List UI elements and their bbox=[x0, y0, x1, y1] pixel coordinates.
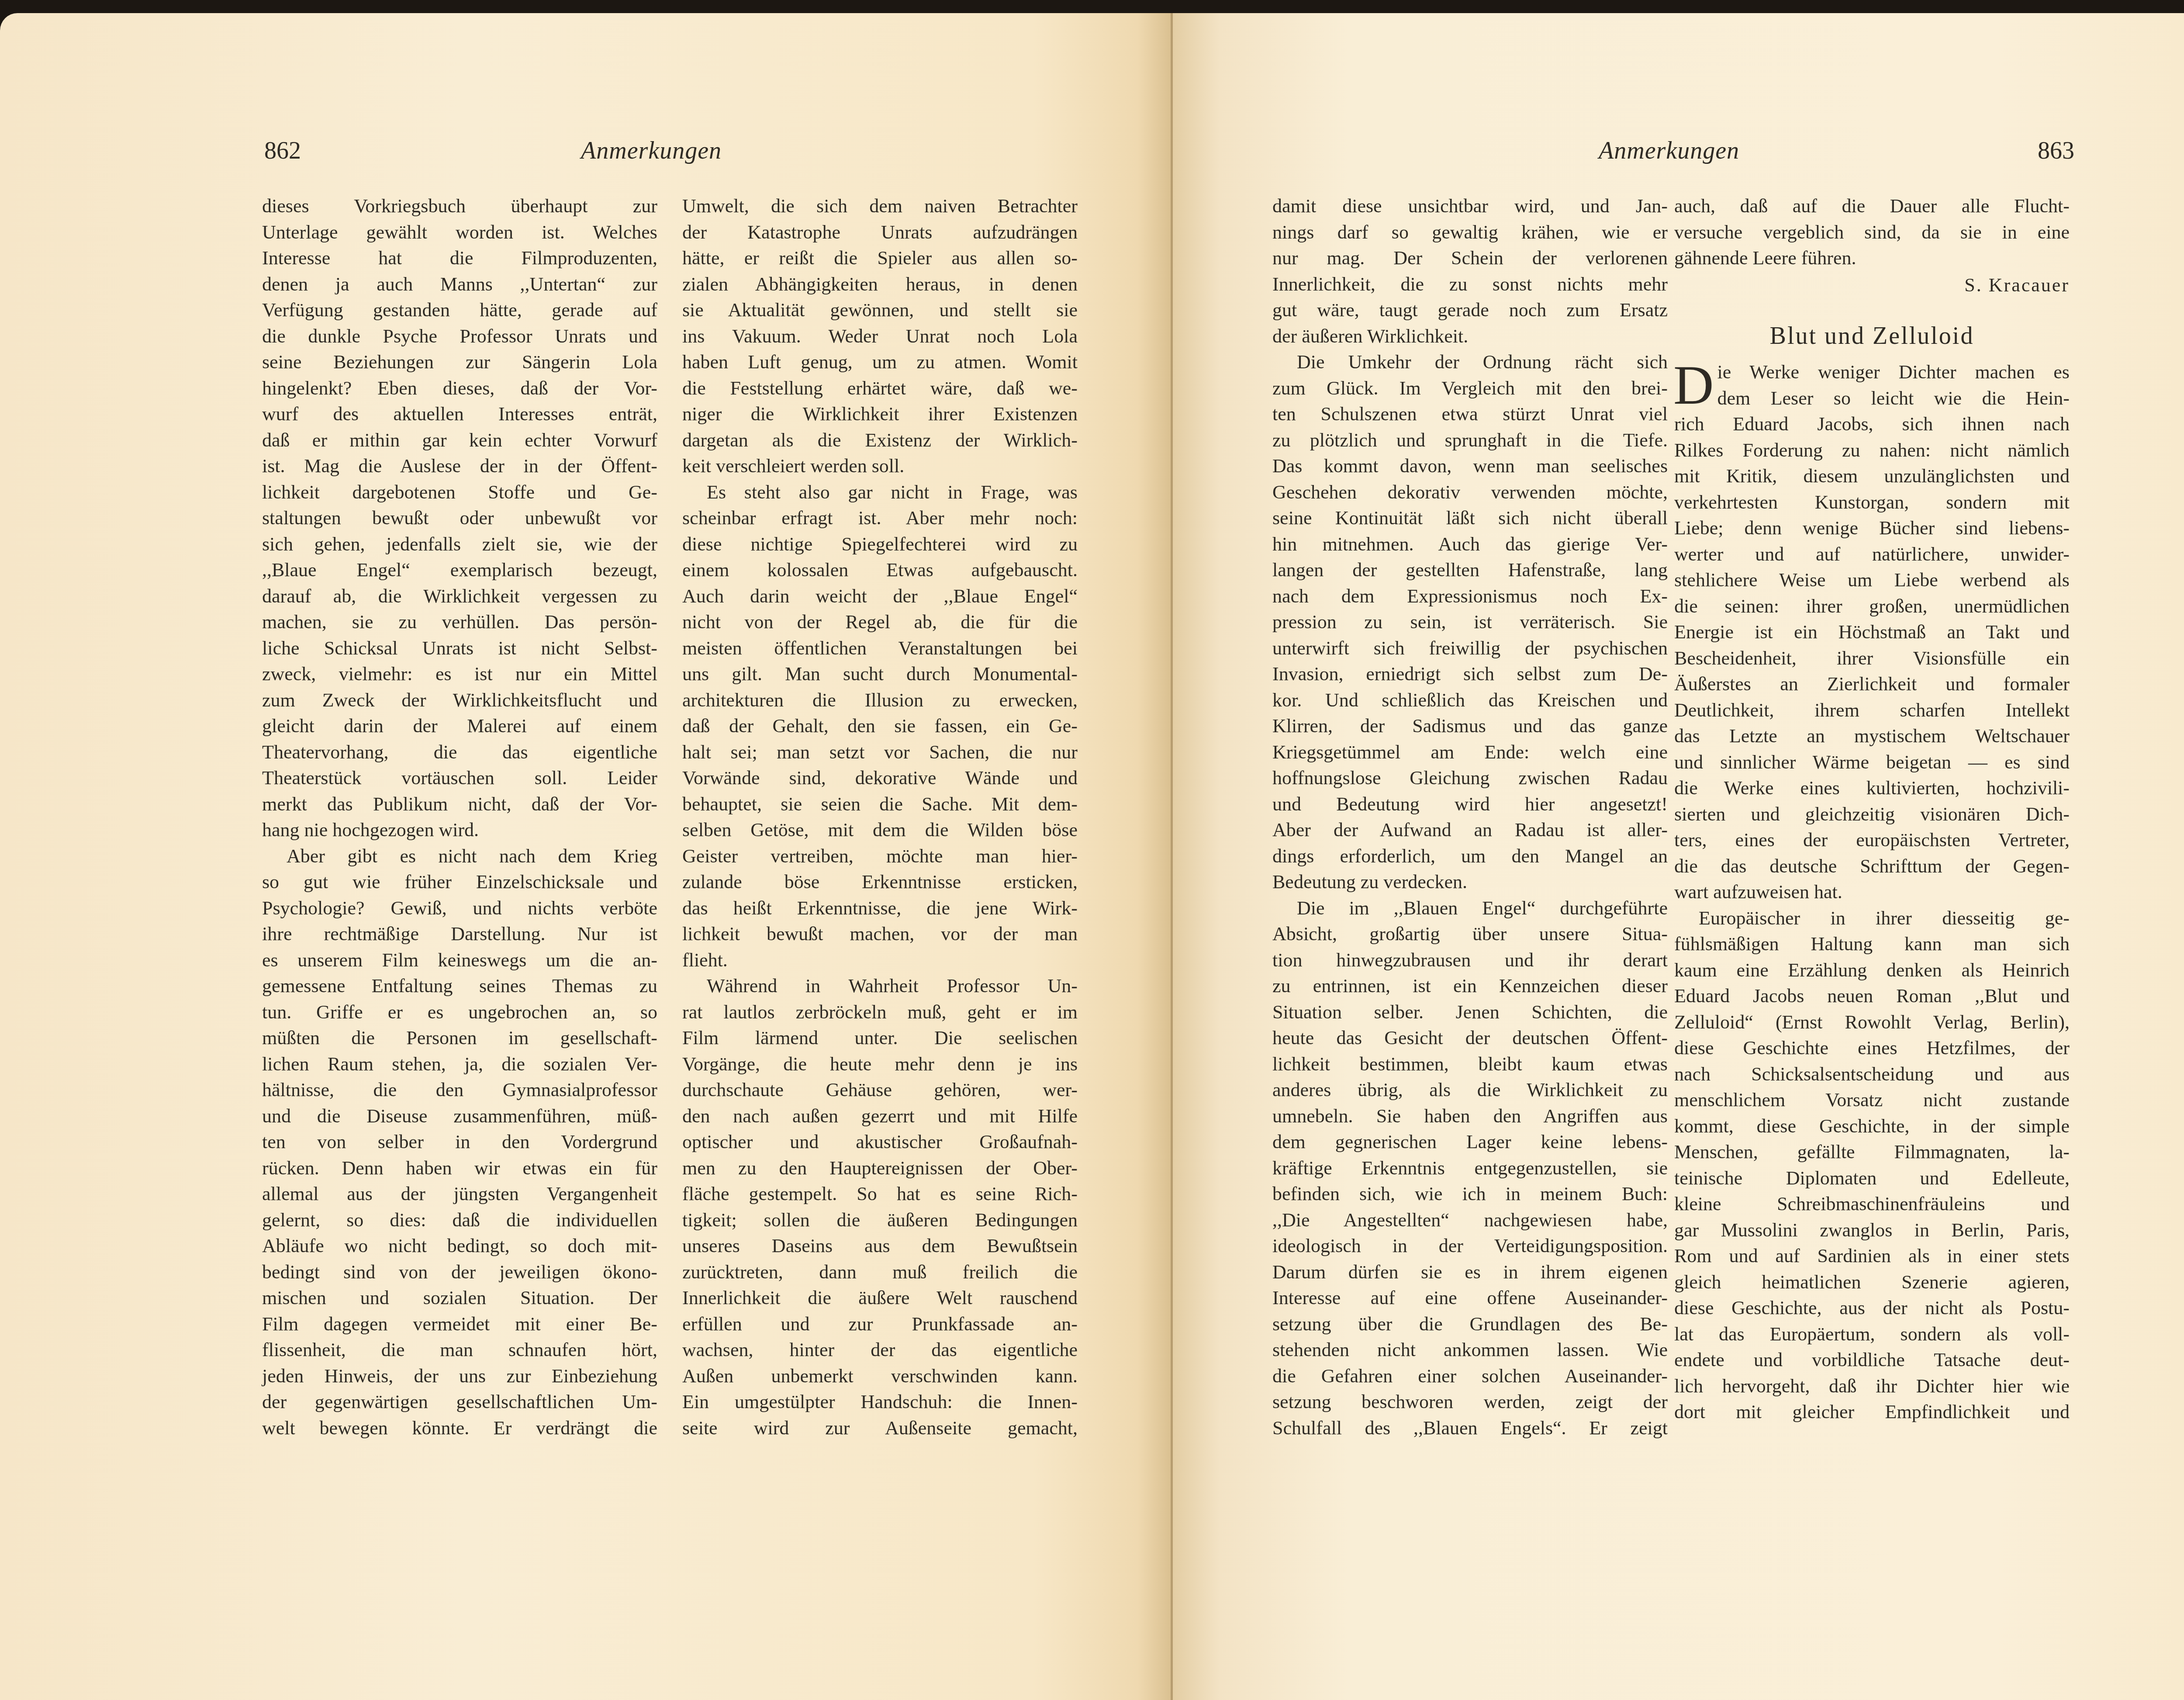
text-line: seine Beziehungen zur Sängerin Lola bbox=[262, 349, 657, 375]
text-line: welt bewegen könnte. Er verdrängt die bbox=[262, 1415, 657, 1441]
text-line: müßten die Personen im gesellschaft- bbox=[262, 1025, 657, 1051]
text-line: staltungen bewußt oder unbewußt vor bbox=[262, 505, 657, 531]
text-line: zu entrinnen, ist ein Kennzeichen dieser bbox=[1272, 973, 1668, 999]
text-line: dem gegnerischen Lager keine lebens- bbox=[1272, 1129, 1668, 1155]
text-line: und sinnlicher Wärme beigetan — es sind bbox=[1674, 749, 2070, 776]
text-line: und Bedeutung wird hier angesetzt! bbox=[1272, 791, 1668, 817]
text-line: seite wird zur Außenseite gemacht, bbox=[682, 1415, 1078, 1441]
text-line: und die Diseuse zusammenführen, müß- bbox=[262, 1103, 657, 1129]
text-line: tun. Griffe er es ungebrochen an, so bbox=[262, 999, 657, 1025]
text-line: dings erforderlich, um den Mangel an bbox=[1272, 843, 1668, 869]
text-line: diese Geschichte eines Hetzfilmes, der bbox=[1674, 1035, 2070, 1061]
text-line: Film dagegen vermeidet mit einer Be- bbox=[262, 1311, 657, 1337]
text-line: gähnende Leere führen. bbox=[1674, 245, 2070, 271]
text-line: durchschaute Gehäuse gehören, wer- bbox=[682, 1077, 1078, 1103]
text-line: kor. Und schließlich das Kreischen und bbox=[1272, 687, 1668, 713]
text-line: setzung beschworen werden, zeigt der bbox=[1272, 1389, 1668, 1415]
text-line: optischer und akustischer Großaufnah- bbox=[682, 1129, 1078, 1155]
text-line: Liebe; denn wenige Bücher sind liebens- bbox=[1674, 515, 2070, 541]
text-line: hältnisse, die den Gymnasialprofessor bbox=[262, 1077, 657, 1103]
text-line: wurf des aktuellen Interesses enträt, bbox=[262, 401, 657, 427]
text-line: zu plötzlich und sprunghaft in die Tiefe… bbox=[1272, 427, 1668, 454]
text-line: sierten und gleichzeitig visionären Dich… bbox=[1674, 801, 2070, 827]
text-line: die seinen: ihrer großen, unermüdlichen bbox=[1674, 593, 2070, 620]
text-line: niger die Wirklichkeit ihrer Existenzen bbox=[682, 401, 1078, 427]
text-line: lichkeit dargebotenen Stoffe und Ge- bbox=[262, 479, 657, 505]
text-line: architekturen die Illusion zu erwecken, bbox=[682, 687, 1078, 713]
text-column-2: auch, daß auf die Dauer alle Flucht-vers… bbox=[1674, 193, 2070, 1425]
text-line: die das deutsche Schrifttum der Gegen- bbox=[1674, 853, 2070, 879]
text-line: Vorgänge, die heute mehr denn je ins bbox=[682, 1051, 1078, 1077]
text-line: Die Umkehr der Ordnung rächt sich bbox=[1272, 349, 1668, 375]
text-line: den nach außen gezerrt und mit Hilfe bbox=[682, 1103, 1078, 1129]
text-line: Psychologie? Gewiß, und nichts verböte bbox=[262, 895, 657, 921]
text-line: nach Schicksalsentscheidung und aus bbox=[1674, 1061, 2070, 1087]
text-line: Rom und auf Sardinien als in einer stets bbox=[1674, 1243, 2070, 1269]
article-ending: auch, daß auf die Dauer alle Flucht-vers… bbox=[1674, 193, 2070, 271]
text-line: nicht von der Regel ab, die für die bbox=[682, 609, 1078, 635]
text-line: Darum dürfen sie es in ihrem eigenen bbox=[1272, 1259, 1668, 1285]
drop-cap: D bbox=[1673, 362, 1714, 408]
page-number: 862 bbox=[264, 135, 301, 166]
text-line: gleich heimatlichen Szenerie agieren, bbox=[1674, 1269, 2070, 1295]
text-line: unseres Daseins aus dem Bewußtsein bbox=[682, 1233, 1078, 1259]
text-line: setzung über die Grundlagen des Be- bbox=[1272, 1311, 1668, 1337]
text-line: Energie ist ein Höchstmaß an Takt und bbox=[1674, 619, 2070, 645]
text-line: hang nie hochgezogen wird. bbox=[262, 817, 657, 843]
text-line: uns gilt. Man sucht durch Monumental- bbox=[682, 661, 1078, 687]
text-line: behauptet, sie seien die Sache. Mit dem- bbox=[682, 791, 1078, 817]
text-line: Schulfall des ,,Blauen Engels“. Er zeigt bbox=[1272, 1415, 1668, 1441]
text-line: kleine Schreibmaschinenfräuleins und bbox=[1674, 1191, 2070, 1217]
text-line: machen, sie zu verhüllen. Das persön- bbox=[262, 609, 657, 635]
text-line: rücken. Denn haben wir etwas ein für bbox=[262, 1155, 657, 1181]
text-line: werter und auf natürlichere, unwider- bbox=[1674, 541, 2070, 568]
text-line: Bedeutung zu verdecken. bbox=[1272, 869, 1668, 895]
text-line: mischen und sozialen Situation. Der bbox=[262, 1285, 657, 1311]
text-line: fühlsmäßigen Haltung kann man sich bbox=[1674, 931, 2070, 957]
text-line: teinische Diplomaten und Edelleute, bbox=[1674, 1165, 2070, 1191]
text-line: darauf ab, die Wirklichkeit vergessen zu bbox=[262, 583, 657, 609]
dropcap-lines: ie Werke weniger Dichter machen esdem Le… bbox=[1674, 359, 2070, 411]
text-line: der Katastrophe Unrats aufzudrängen bbox=[682, 219, 1078, 246]
text-line: dort mit gleicher Empfindlichkeit und bbox=[1674, 1399, 2070, 1425]
text-line: Europäischer in ihrer diesseitig ge- bbox=[1674, 905, 2070, 931]
text-line: befinden sich, wie ich in meinem Buch: bbox=[1272, 1181, 1668, 1207]
text-line: zulande böse Erkenntnisse ersticken, bbox=[682, 869, 1078, 895]
text-line: lichkeit bewußt machen, vor der man bbox=[682, 921, 1078, 947]
text-line: Film lärmend unter. Die seelischen bbox=[682, 1025, 1078, 1051]
text-line: Aber gibt es nicht nach dem Krieg bbox=[262, 843, 657, 869]
running-head: Anmerkungen bbox=[581, 135, 722, 166]
text-line: allemal aus der jüngsten Vergangenheit bbox=[262, 1181, 657, 1207]
text-line: Kriegsgetümmel am Ende: welch eine bbox=[1272, 739, 1668, 765]
page-number: 863 bbox=[2038, 135, 2074, 166]
text-line: Theaterstück vortäuschen soll. Leider bbox=[262, 765, 657, 791]
text-line: Situation selber. Jenen Schichten, die bbox=[1272, 999, 1668, 1025]
text-line: wachsen, hinter der das eigentliche bbox=[682, 1337, 1078, 1363]
text-line: nur mag. Der Schein der verlorenen bbox=[1272, 245, 1668, 271]
text-line: Die im ,,Blauen Engel“ durchgeführte bbox=[1272, 895, 1668, 921]
text-line: heute das Gesicht der deutschen Öffent- bbox=[1272, 1025, 1668, 1051]
text-line: zum Glück. Im Vergleich mit den brei- bbox=[1272, 375, 1668, 402]
text-line: ideologisch in der Verteidigungsposition… bbox=[1272, 1233, 1668, 1259]
text-line: Unterlage gewählt worden ist. Welches bbox=[262, 219, 657, 246]
text-line: ihre rechtmäßige Darstellung. Nur ist bbox=[262, 921, 657, 947]
text-line: das heißt Erkenntnisse, die jene Wirk- bbox=[682, 895, 1078, 921]
text-line: das Letzte an mystischem Weltschauer bbox=[1674, 723, 2070, 749]
text-line: merkt das Publikum nicht, daß der Vor- bbox=[262, 791, 657, 817]
text-line: lat das Europäertum, sondern als voll- bbox=[1674, 1321, 2070, 1347]
text-line: fläche gestempelt. So hat es seine Rich- bbox=[682, 1181, 1078, 1207]
right-page: Anmerkungen 863 damit diese unsichtbar w… bbox=[1173, 13, 2184, 1700]
text-line: halt sei; man setzt vor Sachen, die nur bbox=[682, 739, 1078, 765]
text-line: denen ja auch Manns ,,Untertan“ zur bbox=[262, 271, 657, 298]
text-column-1: damit diese unsichtbar wird, und Jan-nin… bbox=[1272, 193, 1668, 1441]
text-line: men zu den Hauptereignissen der Ober- bbox=[682, 1155, 1078, 1181]
text-column-2: Umwelt, die sich dem naiven Betrachterde… bbox=[682, 193, 1078, 1441]
author-signature: S. Kracauer bbox=[1674, 272, 2070, 298]
text-line: ,,Blaue Engel“ exemplarisch bezeugt, bbox=[262, 557, 657, 583]
text-line: ins Vakuum. Weder Unrat noch Lola bbox=[682, 323, 1078, 350]
text-line: gemessene Entfaltung seines Themas zu bbox=[262, 973, 657, 999]
text-line: zialen Abhängigkeiten heraus, in denen bbox=[682, 271, 1078, 298]
text-line: gut wäre, taugt gerade noch zum Ersatz bbox=[1272, 297, 1668, 323]
text-line: Auch darin weicht der ,,Blaue Engel“ bbox=[682, 583, 1078, 609]
text-line: bedingt sind von der jeweiligen ökono- bbox=[262, 1259, 657, 1285]
text-line: stehlichere Weise um Liebe werbend als bbox=[1674, 567, 2070, 593]
article-title: Blut und Zelluloid bbox=[1674, 321, 2070, 351]
text-line: flissenheit, die man schnaufen hört, bbox=[262, 1337, 657, 1363]
text-line: meisten öffentlichen Veranstaltungen bei bbox=[682, 635, 1078, 661]
text-line: hoffnungslose Gleichung zwischen Radau bbox=[1272, 765, 1668, 791]
text-line: tigkeit; sollen die äußeren Bedingungen bbox=[682, 1207, 1078, 1233]
text-line: selben Getöse, mit dem die Wilden böse bbox=[682, 817, 1078, 843]
text-line: Abläufe wo nicht bedingt, so doch mit- bbox=[262, 1233, 657, 1259]
text-line: jeden Hinweis, der uns zur Einbeziehung bbox=[262, 1363, 657, 1389]
text-line: keit verschleiert werden soll. bbox=[682, 453, 1078, 479]
text-line: Vorwände sind, dekorative Wände und bbox=[682, 765, 1078, 791]
text-line: der äußeren Wirklichkeit. bbox=[1272, 323, 1668, 350]
text-line: scheinbar erfragt ist. Aber mehr noch: bbox=[682, 505, 1078, 531]
text-line: kaum eine Erzählung denken als Heinrich bbox=[1674, 957, 2070, 983]
text-line: Absicht, großartig über unsere Situa- bbox=[1272, 921, 1668, 947]
text-line: gleicht darin der Malerei auf einem bbox=[262, 713, 657, 739]
text-line: diese Geschichte, aus der nicht als Post… bbox=[1674, 1295, 2070, 1321]
text-line: daß er mithin gar kein echter Vorwurf bbox=[262, 427, 657, 454]
text-line: anderes übrig, als die Wirklichkeit zu bbox=[1272, 1077, 1668, 1103]
text-line: ters, eines der europäischsten Vertreter… bbox=[1674, 827, 2070, 853]
text-line: Invasion, erniedrigt sich selbst zum De- bbox=[1272, 661, 1668, 687]
article-body: rich Eduard Jacobs, sich ihnen nachRilke… bbox=[1674, 411, 2070, 1425]
text-line: rat lautlos zerbröckeln muß, geht er im bbox=[682, 999, 1078, 1025]
text-line: Rilkes Forderung zu nahen: nicht nämlich bbox=[1674, 437, 2070, 464]
text-line: Klirren, der Sadismus und das ganze bbox=[1272, 713, 1668, 739]
text-line: verkehrtesten Kunstorgan, sondern mit bbox=[1674, 489, 2070, 516]
text-line: es unserem Film keineswegs um die an- bbox=[262, 947, 657, 973]
text-line: nach dem Expressionismus noch Ex- bbox=[1272, 583, 1668, 609]
text-line: Innerlichkeit, die zu sonst nichts mehr bbox=[1272, 271, 1668, 298]
text-line: Geister vertreiben, möchte man hier- bbox=[682, 843, 1078, 869]
left-page: 862 Anmerkungen dieses Vorkriegsbuch übe… bbox=[0, 13, 1173, 1700]
text-line: lich hervorgeht, daß ihr Dichter hier wi… bbox=[1674, 1373, 2070, 1399]
text-line: die Werke eines kultivierten, hochzivili… bbox=[1674, 775, 2070, 801]
text-line: zum Zweck der Wirklichkeitsflucht und bbox=[262, 687, 657, 713]
text-line: damit diese unsichtbar wird, und Jan- bbox=[1272, 193, 1668, 219]
text-line: mit Kritik, diesem unzulänglichsten und bbox=[1674, 463, 2070, 489]
book-spread: 862 Anmerkungen dieses Vorkriegsbuch übe… bbox=[0, 0, 2184, 1700]
text-line: wart aufzuweisen hat. bbox=[1674, 879, 2070, 905]
text-line: Das kommt davon, wenn man seelisches bbox=[1272, 453, 1668, 479]
text-line: Interesse hat die Filmproduzenten, bbox=[262, 245, 657, 271]
text-line: Zelluloid“ (Ernst Rowohlt Verlag, Berlin… bbox=[1674, 1009, 2070, 1035]
text-line: hätte, er reißt die Spieler aus allen so… bbox=[682, 245, 1078, 271]
text-line: dargetan als die Existenz der Wirklich- bbox=[682, 427, 1078, 454]
text-line: erfüllen und zur Prunkfassade an- bbox=[682, 1311, 1078, 1337]
text-line: Eduard Jacobs neuen Roman ,,Blut und bbox=[1674, 983, 2070, 1009]
text-line: liche Schicksal Unrats ist nicht Selbst- bbox=[262, 635, 657, 661]
text-line: ten von selber in den Vordergrund bbox=[262, 1129, 657, 1155]
text-line: die Gefahren einer solchen Auseinander- bbox=[1272, 1363, 1668, 1389]
text-line: Verfügung gestanden hätte, gerade auf bbox=[262, 297, 657, 323]
text-line: kräftige Erkenntnis entgegenzustellen, s… bbox=[1272, 1155, 1668, 1181]
text-line: haben Luft genug, um zu atmen. Womit bbox=[682, 349, 1078, 375]
text-line: die Feststellung erhärtet wäre, daß we- bbox=[682, 375, 1078, 402]
text-line: endete und vorbildliche Tatsache deut- bbox=[1674, 1347, 2070, 1373]
text-line: Bescheidenheit, ihrer Visionsfülle ein bbox=[1674, 645, 2070, 672]
text-line: gelernt, so dies: daß die individuellen bbox=[262, 1207, 657, 1233]
text-line: lichen Raum stehen, ja, die sozialen Ver… bbox=[262, 1051, 657, 1077]
text-line: kommt, diese Geschichte, in der simple bbox=[1674, 1113, 2070, 1139]
text-line: Umwelt, die sich dem naiven Betrachter bbox=[682, 193, 1078, 219]
text-line: ist. Mag die Auslese der in der Öffent- bbox=[262, 453, 657, 479]
text-line: Äußerstes an Zierlichkeit und formaler bbox=[1674, 671, 2070, 697]
text-line: zurücktreten, dann muß freilich die bbox=[682, 1259, 1078, 1285]
text-line: hingelenkt? Eben dieses, daß der Vor- bbox=[262, 375, 657, 402]
text-line: Innerlichkeit die äußere Welt rauschend bbox=[682, 1285, 1078, 1311]
article-opening: D ie Werke weniger Dichter machen esdem … bbox=[1674, 359, 2070, 411]
text-line: Es steht also gar nicht in Frage, was bbox=[682, 479, 1078, 505]
running-head: Anmerkungen bbox=[1599, 135, 1739, 166]
text-line: lichkeit bestimmen, bleibt kaum etwas bbox=[1272, 1051, 1668, 1077]
text-line: diese nichtige Spiegelfechterei wird zu bbox=[682, 531, 1078, 557]
text-line: Theatervorhang, die das eigentliche bbox=[262, 739, 657, 765]
text-line: unterwirft sich freiwillig der psychisch… bbox=[1272, 635, 1668, 661]
text-line: ,,Die Angestellten“ nachgewiesen habe, bbox=[1272, 1207, 1668, 1233]
text-line: dieses Vorkriegsbuch überhaupt zur bbox=[262, 193, 657, 219]
text-line: stehenden nicht ankommen lassen. Wie bbox=[1272, 1337, 1668, 1363]
text-line: die dunkle Psyche Professor Unrats und bbox=[262, 323, 657, 350]
text-line: pression zu sein, ist verräterisch. Sie bbox=[1272, 609, 1668, 635]
text-line: flieht. bbox=[682, 947, 1078, 973]
text-line: Aber der Aufwand an Radau ist aller- bbox=[1272, 817, 1668, 843]
text-line: Während in Wahrheit Professor Un- bbox=[682, 973, 1078, 999]
text-line: daß der Gehalt, den sie fassen, ein Ge- bbox=[682, 713, 1078, 739]
text-line: ten Schulszenen etwa stürzt Unrat viel bbox=[1272, 401, 1668, 427]
text-line: so gut wie früher Einzelschicksale und bbox=[262, 869, 657, 895]
text-line: einem kolossalen Etwas aufgebauscht. bbox=[682, 557, 1078, 583]
text-line: auch, daß auf die Dauer alle Flucht- bbox=[1674, 193, 2070, 219]
text-line: dem Leser so leicht wie die Hein- bbox=[1674, 385, 2070, 412]
text-line: menschlichem Vorsatz nicht zustande bbox=[1674, 1087, 2070, 1113]
text-line: umnebeln. Sie haben den Angriffen aus bbox=[1272, 1103, 1668, 1129]
text-line: der gegenwärtigen gesellschaftlichen Um- bbox=[262, 1389, 657, 1415]
text-line: hin mitnehmen. Auch das gierige Ver- bbox=[1272, 531, 1668, 557]
text-line: gar Mussolini zwanglos in Berlin, Paris, bbox=[1674, 1217, 2070, 1243]
text-line: sich gehen, jedenfalls zielt sie, wie de… bbox=[262, 531, 657, 557]
text-line: seine Kontinuität läßt sich nicht überal… bbox=[1272, 505, 1668, 531]
text-line: Außen unbemerkt verschwinden kann. bbox=[682, 1363, 1078, 1389]
text-line: sie Aktualität gewönnen, und stellt sie bbox=[682, 297, 1078, 323]
text-line: Geschehen dekorativ verwenden möchte, bbox=[1272, 479, 1668, 505]
text-line: zweck, vielmehr: es ist nur ein Mittel bbox=[262, 661, 657, 687]
text-line: nings darf so gewaltig krähen, wie er bbox=[1272, 219, 1668, 246]
text-line: Deutlichkeit, ihrem scharfen Intellekt bbox=[1674, 697, 2070, 724]
text-line: rich Eduard Jacobs, sich ihnen nach bbox=[1674, 411, 2070, 437]
text-column-1: dieses Vorkriegsbuch überhaupt zurUnterl… bbox=[262, 193, 657, 1441]
text-line: Menschen, gefällte Filmmagnaten, la- bbox=[1674, 1139, 2070, 1165]
text-line: Interesse auf eine offene Auseinander- bbox=[1272, 1285, 1668, 1311]
text-line: langen der gestellten Hafenstraße, lang bbox=[1272, 557, 1668, 583]
text-line: ie Werke weniger Dichter machen es bbox=[1674, 359, 2070, 385]
text-line: tion hinwegzubrausen und ihr derart bbox=[1272, 947, 1668, 973]
text-line: Ein umgestülpter Handschuh: die Innen- bbox=[682, 1389, 1078, 1415]
text-line: versuche vergeblich sind, da sie in eine bbox=[1674, 219, 2070, 246]
